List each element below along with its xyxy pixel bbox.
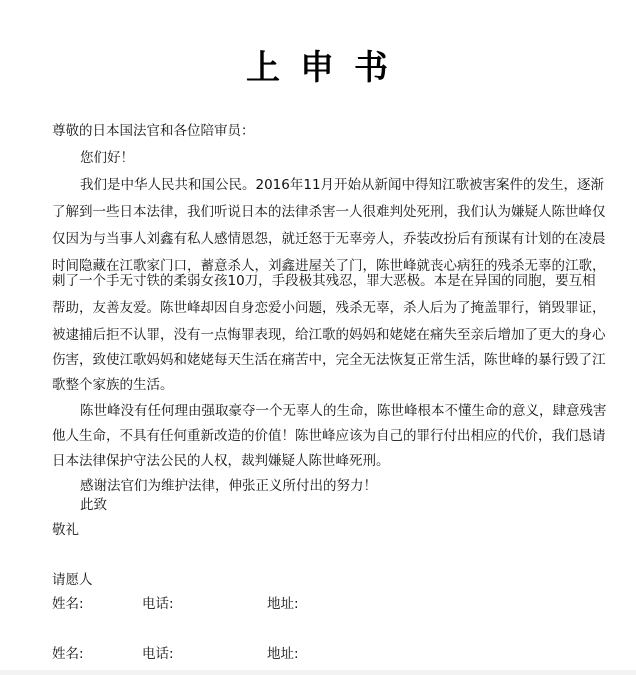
closing-cizhi: 此致 [80,496,107,514]
paragraph-1-line-6: 帮助，友善友爱。陈世峰却因自身恋爱小问题，残杀无辜，杀人后为了掩盖罪行，销毁罪证… [52,299,606,317]
paragraph-1-line-9: 歌整个家族的生活。 [52,376,174,394]
signature-name-label-2: 姓名: [52,645,84,663]
paragraph-3-line-1: 感谢法官们为维护法律，伸张正义所付出的努力！ [80,477,377,495]
document-title: 上申书 [0,48,636,88]
greeting: 您们好！ [80,149,134,167]
signature-address-label-2: 地址: [267,645,299,663]
salutation: 尊敬的日本国法官和各位陪审员： [52,122,255,140]
paragraph-1-line-2: 了解到一些日本法律，我们听说日本的法律杀害一人很难判处死刑，我们认为嫌疑人陈世峰… [52,203,606,221]
closing-jingli: 敬礼 [52,521,79,539]
paragraph-1-line-5: 刺了一个手无寸铁的柔弱女孩10刀，手段极其残忍，罪大恶极。本是在异国的同胞，要互… [52,272,596,290]
paragraph-1-line-3: 仅因为与当事人刘鑫有私人感情恩怨，就迁怒于无辜旁人，乔装改扮后有预谋有计划的在凌… [52,230,606,248]
paragraph-2-line-1: 陈世峰没有任何理由强取豪夺一个无辜人的生命，陈世峰根本不懂生命的意义，肆意残害 [80,402,607,420]
paragraph-1-line-7: 被逮捕后拒不认罪，没有一点悔罪表现，给江歌的妈妈和姥姥在痛失至亲后增加了更大的身… [52,326,606,344]
paragraph-2-line-3: 日本法律保护守法公民的人权，裁判嫌疑人陈世峰死刑。 [52,452,390,470]
page-bottom-edge [0,670,636,675]
signature-address-label-1: 地址: [267,595,299,613]
signature-phone-label-2: 电话: [142,645,174,663]
signature-name-label-1: 姓名: [52,595,84,613]
signature-phone-label-1: 电话: [142,595,174,613]
paragraph-1-line-8: 伤害，致使江歌妈妈和姥姥每天生活在痛苦中，完全无法恢复正常生活，陈世峰的暴行毁了… [52,351,606,369]
paragraph-2-line-2: 他人生命，不具有任何重新改造的价值！陈世峰应该为自己的罪行付出相应的代价，我们恳… [52,427,606,445]
document-page: 上申书 尊敬的日本国法官和各位陪审员： 您们好！ 我们是中华人民共和国公民。20… [0,0,636,675]
paragraph-1-line-1: 我们是中华人民共和国公民。2016年11月开始从新闻中得知江歌被害案件的发生，逐… [80,176,604,194]
petitioner-label: 请愿人 [52,571,93,589]
